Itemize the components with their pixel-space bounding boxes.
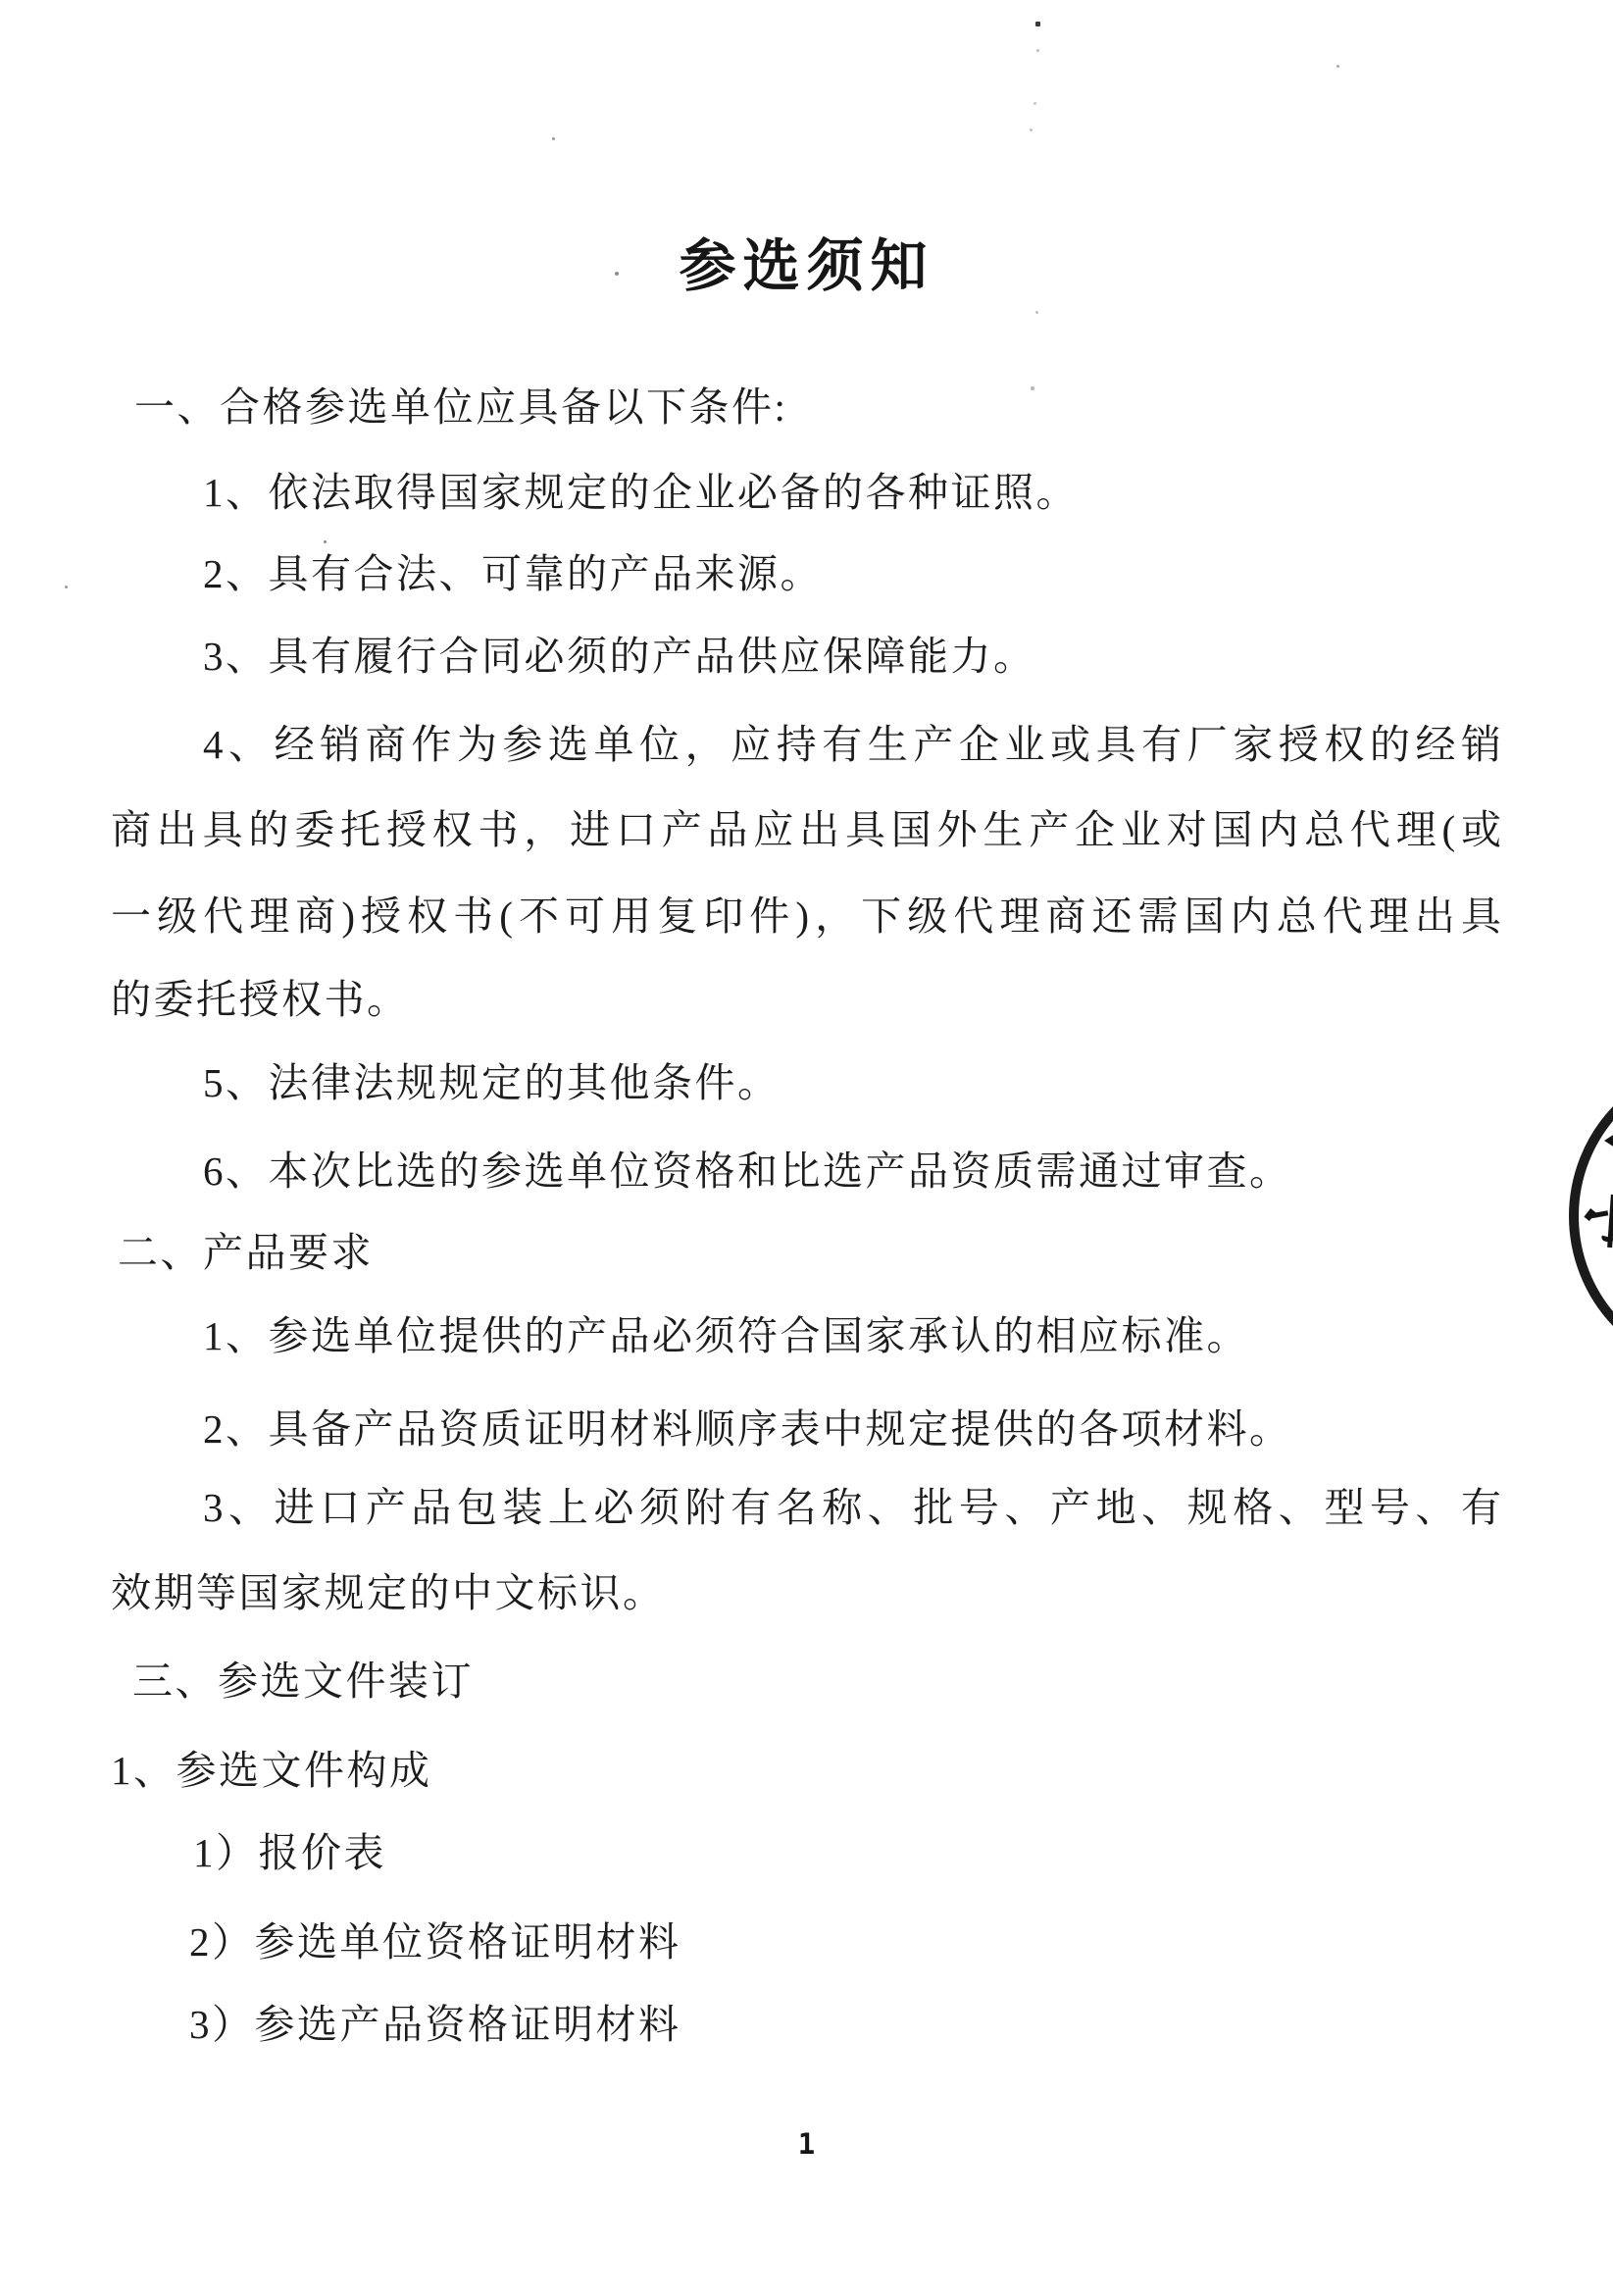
scan-artifact-dot <box>552 137 555 140</box>
doc-line-subitem: 2）参选单位资格证明材料 <box>189 1919 681 1965</box>
doc-line-item: 6、本次比选的参选单位资格和比选产品资质需通过审查。 <box>203 1148 1292 1195</box>
doc-line-item: 4、经销商作为参选单位，应持有生产企业或具有厂家授权的经销 <box>203 722 1502 768</box>
doc-line-item: 1、参选单位提供的产品必须符合国家承认的相应标准。 <box>203 1313 1249 1359</box>
doc-line-item: 2、具备产品资质证明材料顺序表中规定提供的各项材料。 <box>203 1406 1292 1453</box>
scan-artifact-dot <box>1033 102 1036 105</box>
doc-line-item: 3、具有履行合同必须的产品供应保障能力。 <box>203 634 1036 680</box>
page-title: 参选须知 <box>0 238 1613 295</box>
doc-line-section-2: 二、产品要求 <box>118 1230 374 1276</box>
doc-line-wrap: 商出具的委托授权书，进口产品应出具国外生产企业对国内总代理(或 <box>111 807 1502 853</box>
scan-artifact-dot <box>1035 22 1040 26</box>
page-number: 1 <box>0 2130 1613 2159</box>
scan-artifact-dot <box>1336 65 1339 68</box>
doc-line-section-1: 一、合格参选单位应具备以下条件: <box>134 384 787 431</box>
doc-line-item: 1、依法取得国家规定的企业必备的各种证照。 <box>203 470 1079 516</box>
seal-star-fragment <box>1604 1134 1613 1148</box>
scan-artifact-dot <box>65 586 68 588</box>
scan-artifact-dot <box>1031 386 1034 390</box>
scan-artifact-dot <box>1035 311 1038 314</box>
scan-artifact-dot <box>324 540 327 543</box>
doc-line-subitem: 3）参选产品资格证明材料 <box>189 2002 681 2048</box>
scan-artifact-dot <box>615 272 619 276</box>
doc-line-item: 3、进口产品包装上必须附有名称、批号、产地、规格、型号、有 <box>203 1485 1502 1531</box>
scan-artifact-dot <box>1036 49 1039 52</box>
doc-line-section-3: 三、参选文件装订 <box>132 1658 474 1705</box>
doc-line-wrap: 一级代理商)授权书(不可用复印件)，下级代理商还需国内总代理出具 <box>111 893 1502 940</box>
doc-line-wrap: 效期等国家规定的中文标识。 <box>111 1570 666 1616</box>
doc-line-subitem: 1）报价表 <box>193 1830 386 1876</box>
doc-line-wrap: 的委托授权书。 <box>111 977 410 1023</box>
scanned-document-page: 参选须知 一、合格参选单位应具备以下条件: 1、依法取得国家规定的企业必备的各种… <box>0 0 1613 2296</box>
doc-line-item: 2、具有合法、可靠的产品来源。 <box>203 551 823 597</box>
doc-line-item: 1、参选文件构成 <box>111 1748 432 1794</box>
scan-artifact-dot <box>1030 128 1033 131</box>
doc-line-item: 5、法律法规规定的其他条件。 <box>203 1060 781 1106</box>
seal-stamp-icon <box>1566 1094 1613 1341</box>
